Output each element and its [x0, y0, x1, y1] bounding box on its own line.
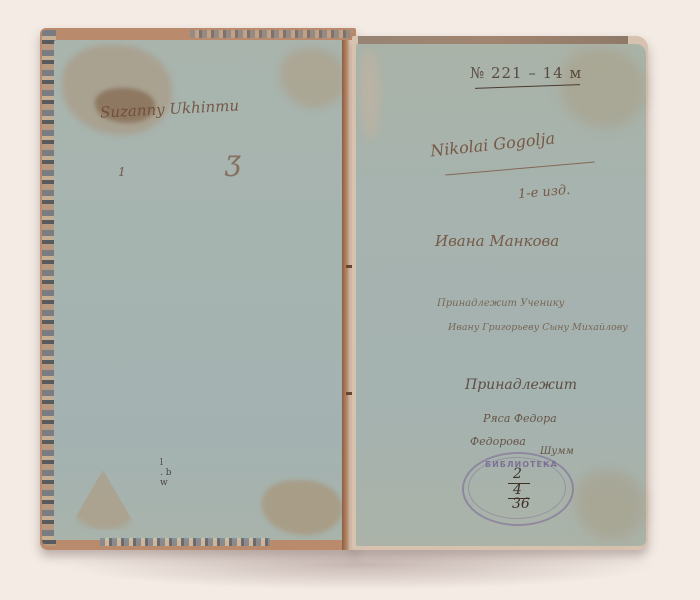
- author-inscription: Ивана Манкова: [435, 232, 559, 250]
- stamp-shelf: 2: [513, 466, 522, 482]
- open-book-photo: Suzanny Ukhinmu 1 Ʒ l . b w № 221 – 14 м…: [0, 0, 700, 600]
- ownership-line-2: Ивану Григорьеву Сыну Михайлову: [448, 322, 628, 333]
- stain: [360, 50, 380, 140]
- ownership-line-1: Принадлежит Ученику: [437, 298, 564, 309]
- catalog-number: № 221 – 14 м: [470, 64, 582, 82]
- belongs-heading: Принадлежит: [465, 377, 577, 393]
- left-pencil-marks: l . b w: [160, 458, 171, 488]
- stamp-number: 36: [512, 496, 530, 512]
- left-top-marbled-edge: [190, 30, 350, 38]
- belongs-line-4: Шумм: [540, 446, 574, 457]
- right-top-edge: [358, 36, 628, 44]
- left-inscription-number: 1: [118, 165, 126, 179]
- belongs-line-2: Ряса Федора: [483, 412, 557, 425]
- left-bottom-marbled-edge: [100, 538, 270, 546]
- left-flourish: Ʒ: [225, 150, 241, 183]
- belongs-line-3: Федорова: [470, 435, 526, 448]
